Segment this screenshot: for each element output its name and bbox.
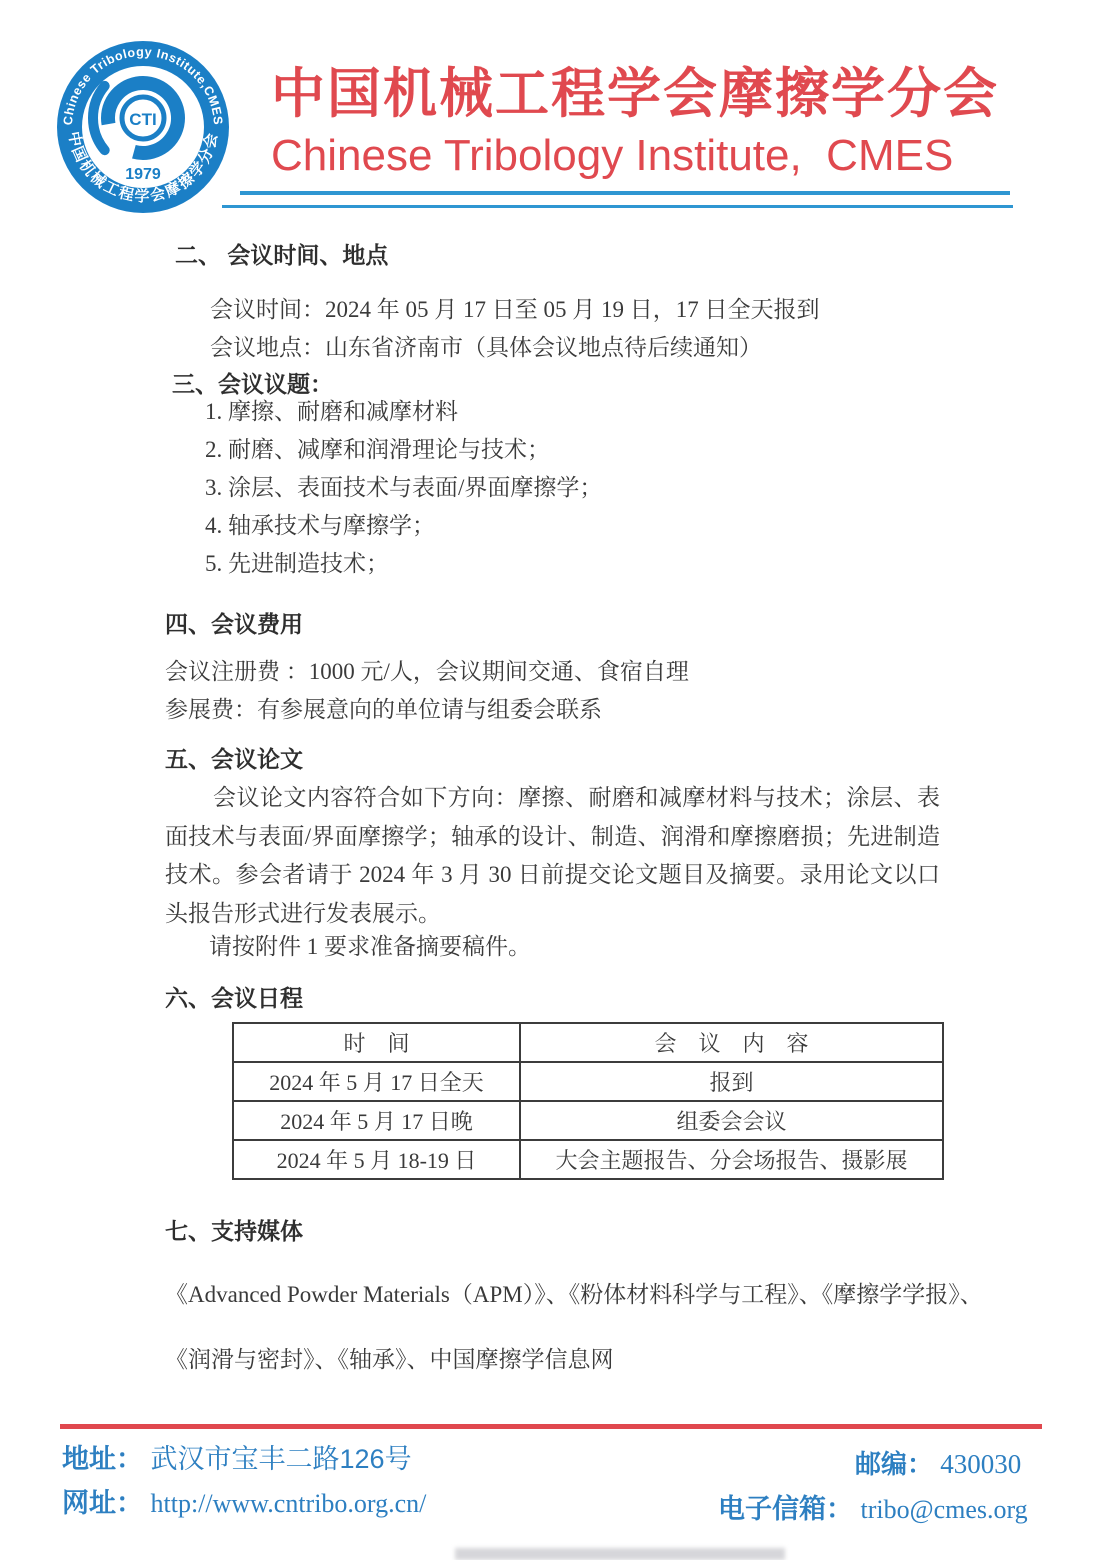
logo-year-text: 1979 xyxy=(125,166,161,183)
email-value: tribo@cmes.org xyxy=(861,1495,1028,1524)
meeting-time-line: 会议时间：2024 年 05 月 17 日至 05 月 19 日，17 日全天报… xyxy=(210,291,820,324)
postcode-value: 430030 xyxy=(940,1449,1021,1479)
section6-heading: 六、会议日程 xyxy=(165,980,303,1013)
footer-postcode: 邮编： 430030 xyxy=(855,1444,1021,1481)
footer-rule xyxy=(60,1424,1042,1429)
exhibit-fee-line: 参展费：有参展意向的单位请与组委会联系 xyxy=(165,691,602,724)
table-row: 2024 年 5 月 18-19 日 大会主题报告、分会场报告、摄影展 xyxy=(233,1140,943,1179)
address-value: 武汉市宝丰二路126号 xyxy=(151,1444,412,1474)
schedule-time-cell: 2024 年 5 月 18-19 日 xyxy=(233,1140,520,1179)
papers-paragraph: 会议论文内容符合如下方向：摩擦、耐磨和减摩材料与技术；涂层、表面技术与表面/界面… xyxy=(165,779,940,933)
document-page: Chinese Tribology Institute,CMES 中国机械工程学… xyxy=(0,0,1103,1560)
section4-heading: 四、会议费用 xyxy=(165,606,303,639)
meeting-place-line: 会议地点：山东省济南市（具体会议地点待后续通知） xyxy=(210,329,762,362)
schedule-time-cell: 2024 年 5 月 17 日全天 xyxy=(233,1062,520,1101)
schedule-table: 时 间 会 议 内 容 2024 年 5 月 17 日全天 报到 2024 年 … xyxy=(232,1022,944,1180)
schedule-content-cell: 报到 xyxy=(520,1062,943,1101)
section2-heading: 二、 会议时间、地点 xyxy=(175,237,388,270)
address-label: 地址： xyxy=(62,1444,151,1474)
website-label: 网址： xyxy=(62,1488,151,1518)
footer-address: 地址： 武汉市宝丰二路126号 xyxy=(62,1437,412,1476)
papers-note: 请按附件 1 要求准备摘要稿件。 xyxy=(209,928,531,961)
org-title-chinese: 中国机械工程学会摩擦学分会 xyxy=(271,64,1016,124)
schedule-time-cell: 2024 年 5 月 17 日晚 xyxy=(233,1101,520,1140)
media-line-2: 《润滑与密封》、《轴承》、中国摩擦学信息网 xyxy=(165,1341,614,1374)
logo-center-text: CTI xyxy=(129,110,156,129)
header-rule-top xyxy=(240,191,1010,195)
table-row: 2024 年 5 月 17 日晚 组委会会议 xyxy=(233,1101,943,1140)
footer-email: 电子信箱： tribo@cmes.org xyxy=(718,1487,1028,1526)
header-rule-bottom xyxy=(222,205,1013,208)
schedule-col-content: 会 议 内 容 xyxy=(520,1023,943,1062)
topic-item: 5. 先进制造技术； xyxy=(205,545,602,583)
media-line-1: 《Advanced Powder Materials（APM）》、《粉体材料科学… xyxy=(165,1276,983,1309)
topic-item: 4. 轴承技术与摩擦学； xyxy=(205,507,602,545)
schedule-content-cell: 大会主题报告、分会场报告、摄影展 xyxy=(520,1140,943,1179)
section7-heading: 七、支持媒体 xyxy=(165,1213,303,1246)
cti-logo: Chinese Tribology Institute,CMES 中国机械工程学… xyxy=(54,36,232,218)
org-title-english: Chinese Tribology Institute, CMES xyxy=(271,130,1016,182)
registration-fee-line: 会议注册费 ：1000 元/人，会议期间交通、食宿自理 xyxy=(165,653,689,686)
topic-item: 1. 摩擦、耐磨和减摩材料 xyxy=(205,393,602,431)
schedule-header-row: 时 间 会 议 内 容 xyxy=(233,1023,943,1062)
topic-item: 3. 涂层、表面技术与表面/界面摩擦学； xyxy=(205,469,602,507)
scan-artifact xyxy=(455,1548,785,1560)
topics-list: 1. 摩擦、耐磨和减摩材料 2. 耐磨、减摩和润滑理论与技术； 3. 涂层、表面… xyxy=(205,393,602,583)
cti-logo-icon: Chinese Tribology Institute,CMES 中国机械工程学… xyxy=(54,36,232,218)
table-row: 2024 年 5 月 17 日全天 报到 xyxy=(233,1062,943,1101)
footer-website: 网址： http://www.cntribo.org.cn/ xyxy=(62,1481,426,1520)
postcode-label: 邮编： xyxy=(855,1449,940,1479)
schedule-col-time: 时 间 xyxy=(233,1023,520,1062)
section5-heading: 五、会议论文 xyxy=(165,741,303,774)
website-value: http://www.cntribo.org.cn/ xyxy=(151,1489,427,1518)
schedule-content-cell: 组委会会议 xyxy=(520,1101,943,1140)
email-label: 电子信箱： xyxy=(718,1494,861,1524)
topic-item: 2. 耐磨、减摩和润滑理论与技术； xyxy=(205,431,602,469)
